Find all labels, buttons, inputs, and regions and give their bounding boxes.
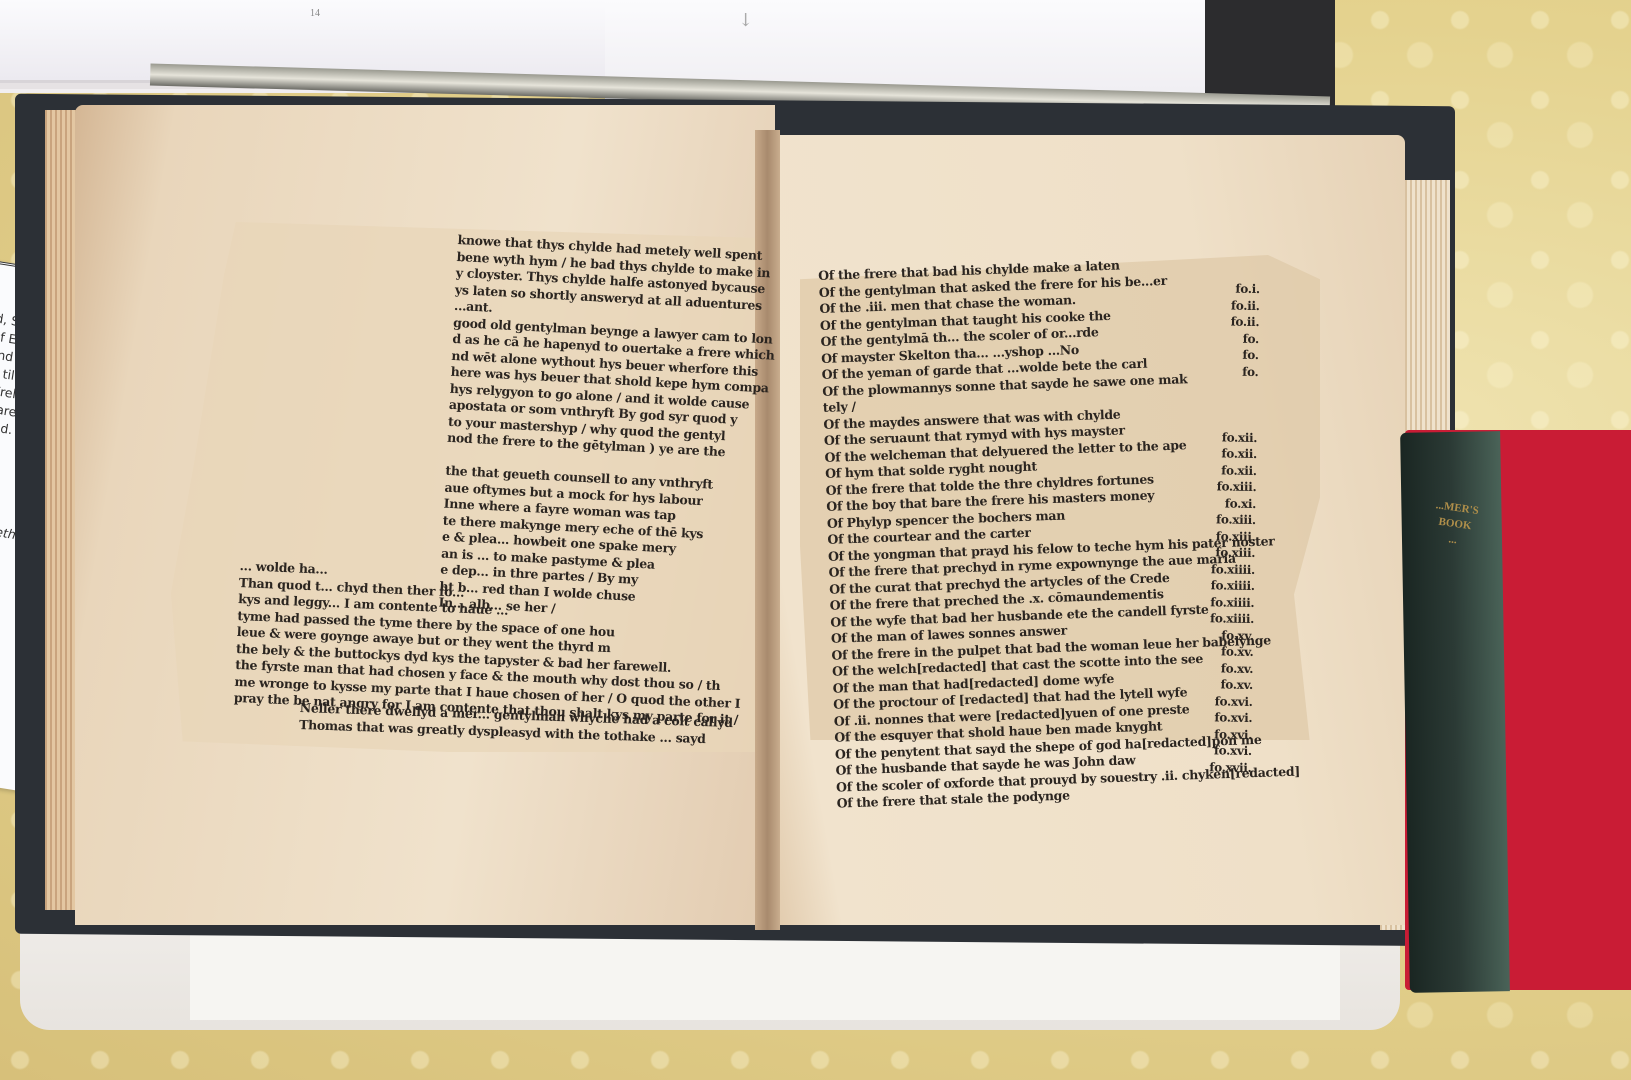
folio-number: fo.xvii. [1191, 758, 1251, 776]
folio-number: fo. [1199, 329, 1259, 347]
folio-number: fo.xv. [1193, 643, 1253, 661]
folio-number: fo.xvi. [1192, 742, 1252, 760]
folio-number: fo.xi. [1196, 494, 1256, 512]
folio-number: fo. [1199, 346, 1259, 364]
folio-number: fo.xii. [1197, 461, 1257, 479]
folio-number: fo.xii. [1197, 428, 1257, 446]
folio-number: fo.xiiii. [1195, 560, 1255, 578]
folio-number [1198, 395, 1258, 413]
folio-number: fo.xiiii. [1194, 593, 1254, 611]
spine-title: ...MER'S BOOK ... [1422, 496, 1488, 552]
folio-number: fo.xiiii. [1195, 577, 1255, 595]
folio-number: fo.xiiii. [1194, 610, 1254, 628]
page-number: 14 [310, 8, 320, 19]
folio-number: fo.xv. [1194, 626, 1254, 644]
folio-number: fo.xv. [1193, 676, 1253, 694]
folio-number: fo.ii. [1199, 296, 1259, 314]
folio-number: fo.ii. [1199, 313, 1259, 331]
folio-number [1198, 379, 1258, 397]
folio-number: fo.xii. [1197, 445, 1257, 463]
arrow-down-icon: ↓ [738, 10, 753, 31]
folio-number: fo.xiii. [1196, 511, 1256, 529]
folio-number: fo.xvi. [1193, 692, 1253, 710]
folio-number: fo.xiii. [1196, 478, 1256, 496]
folio-number [1197, 412, 1257, 430]
folio-number: fo.i. [1200, 280, 1260, 298]
folio-number: fo.xvi. [1192, 725, 1252, 743]
folio-column: fo.i. fo.ii. fo.ii. fo. fo. fo. fo.xii. … [1191, 280, 1260, 776]
folio-number: fo. [1198, 362, 1258, 380]
folio-number: fo.xiii. [1195, 544, 1255, 562]
folio-number: fo.xiii. [1195, 527, 1255, 545]
folio-number: fo.xv. [1193, 659, 1253, 677]
folio-number: fo.xvi. [1192, 709, 1252, 727]
